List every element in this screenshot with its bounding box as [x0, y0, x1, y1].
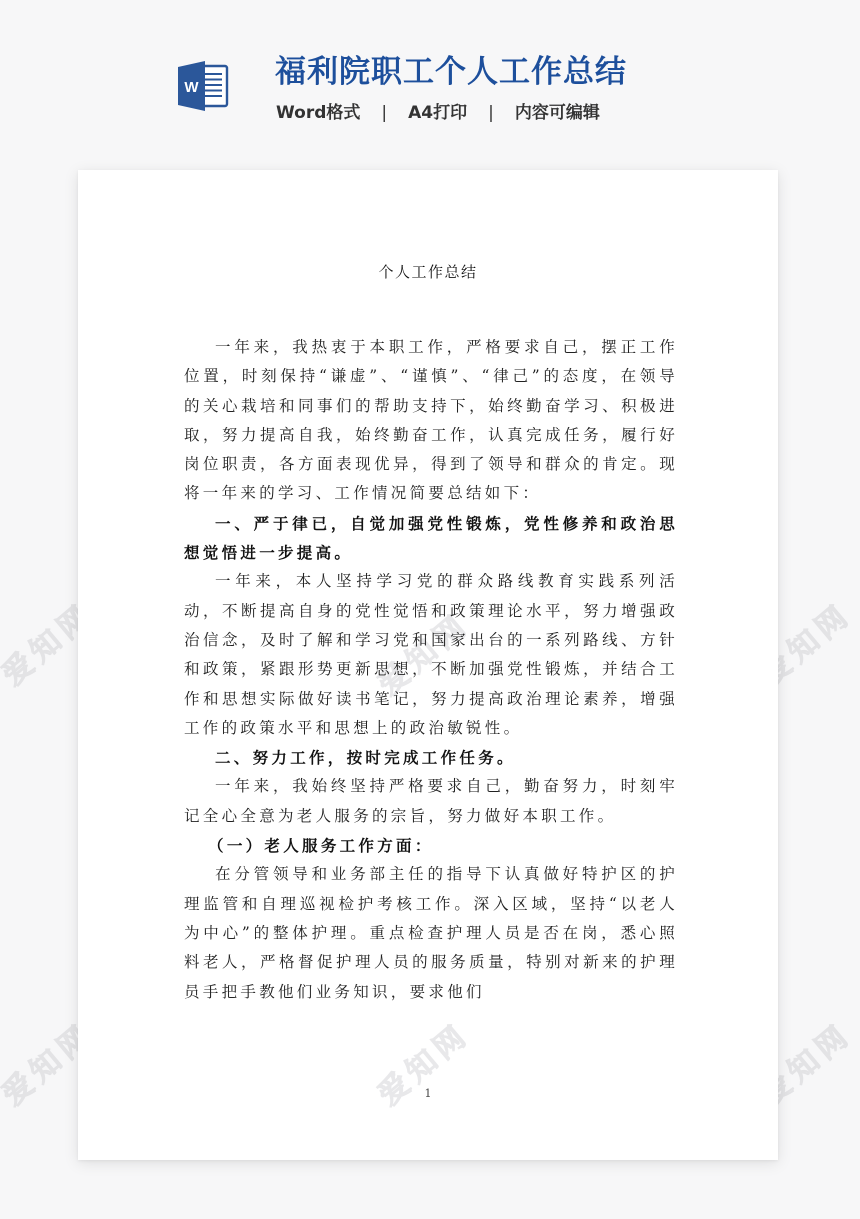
tag-editable: 内容可编辑	[515, 100, 600, 126]
page-title: 个人工作总结	[78, 261, 778, 282]
paragraph: 在分管领导和业务部主任的指导下认真做好特护区的护理监管和自理巡视检护考核工作。深…	[184, 860, 678, 1006]
subsection-heading: （一）老人服务工作方面：	[184, 831, 678, 860]
document-title: 福利院职工个人工作总结	[275, 50, 627, 94]
tag-print: A4打印	[408, 100, 467, 126]
document-body: 一年来，我热衷于本职工作，严格要求自己，摆正工作位置，时刻保持“谦虚”、“谨慎”…	[184, 333, 678, 1007]
tag-separator: |	[488, 100, 494, 126]
section-heading: 二、努力工作，按时完成工作任务。	[184, 743, 678, 772]
page-number: 1	[78, 1087, 778, 1100]
header-banner: W 福利院职工个人工作总结 Word格式 | A4打印 | 内容可编辑	[0, 0, 860, 160]
tag-separator: |	[381, 100, 387, 126]
paragraph: 一年来，本人坚持学习党的群众路线教育实践系列活动，不断提高自身的党性觉悟和政策理…	[184, 567, 678, 743]
svg-text:W: W	[184, 79, 199, 96]
section-heading: 一、严于律已，自觉加强党性锻炼，党性修养和政治思想觉悟进一步提高。	[184, 509, 678, 568]
tag-format: Word格式	[276, 100, 360, 126]
document-tags: Word格式 | A4打印 | 内容可编辑	[276, 100, 600, 126]
paragraph: 一年来，我热衷于本职工作，严格要求自己，摆正工作位置，时刻保持“谦虚”、“谨慎”…	[184, 333, 678, 509]
paragraph: 一年来，我始终坚持严格要求自己，勤奋努力，时刻牢记全心全意为老人服务的宗旨，努力…	[184, 772, 678, 831]
word-document-icon: W	[175, 58, 231, 114]
document-page: 爱知网 爱知网 个人工作总结 一年来，我热衷于本职工作，严格要求自己，摆正工作位…	[78, 170, 778, 1160]
